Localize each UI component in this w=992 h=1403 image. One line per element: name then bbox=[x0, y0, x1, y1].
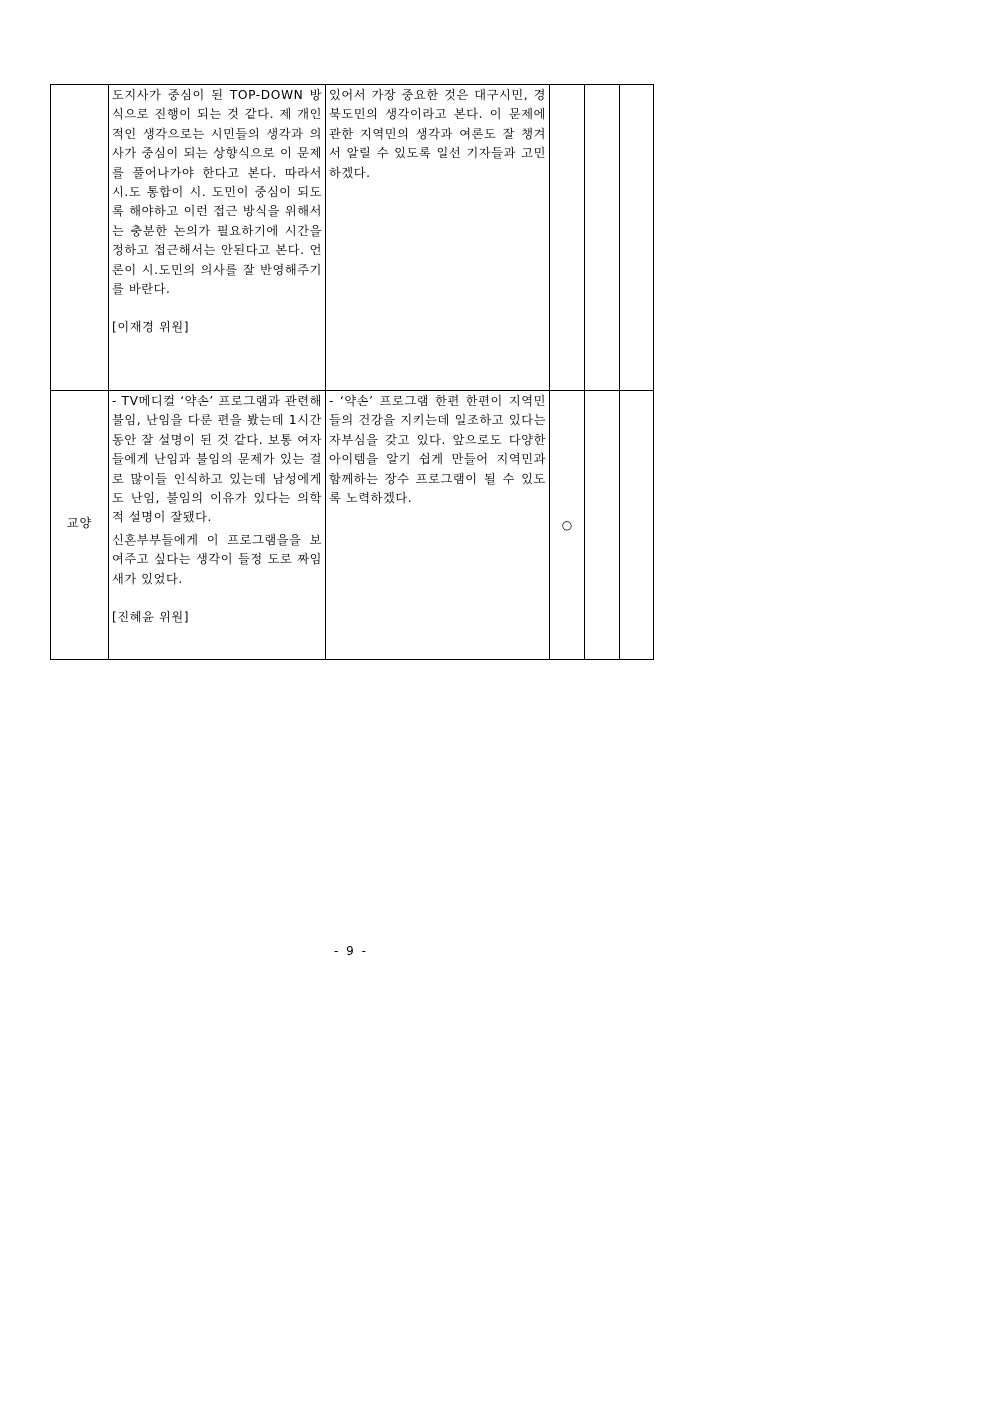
mark-cell-2 bbox=[585, 391, 620, 660]
response-text: - ‘약손’ 프로그램 한편 한편이 지역민들의 건강을 지키는데 일조하고 있… bbox=[329, 392, 546, 508]
member-name: [진혜윤 위원] bbox=[112, 608, 322, 627]
response-cell: 있어서 가장 중요한 것은 대구시민, 경북도민의 생각이라고 본다. 이 문제… bbox=[326, 85, 550, 391]
category-label: 교양 bbox=[51, 514, 108, 531]
category-cell: 교양 bbox=[51, 391, 109, 660]
response-cell: - ‘약손’ 프로그램 한편 한편이 지역민들의 건강을 지키는데 일조하고 있… bbox=[326, 391, 550, 660]
response-text: 있어서 가장 중요한 것은 대구시민, 경북도민의 생각이라고 본다. 이 문제… bbox=[329, 86, 546, 183]
mark-cell-3 bbox=[620, 85, 654, 391]
table-row: 교양 - TV메디컬 ‘약손’ 프로그램과 관련해 불임, 난임을 다룬 편을 … bbox=[51, 391, 654, 660]
opinion-cell: - TV메디컬 ‘약손’ 프로그램과 관련해 불임, 난임을 다룬 편을 봤는데… bbox=[109, 391, 326, 660]
member-name: [이재경 위원] bbox=[112, 318, 322, 337]
mark-cell-1 bbox=[550, 85, 585, 391]
opinion-text: 도지사가 중심이 된 TOP-DOWN 방식으로 진행이 되는 것 같다. 제 … bbox=[112, 86, 322, 299]
table-row: 도지사가 중심이 된 TOP-DOWN 방식으로 진행이 되는 것 같다. 제 … bbox=[51, 85, 654, 391]
category-cell bbox=[51, 85, 109, 391]
opinion-cell: 도지사가 중심이 된 TOP-DOWN 방식으로 진행이 되는 것 같다. 제 … bbox=[109, 85, 326, 391]
opinion-text: - TV메디컬 ‘약손’ 프로그램과 관련해 불임, 난임을 다룬 편을 봤는데… bbox=[112, 392, 322, 528]
opinion-text: 신혼부부들에게 이 프로그램을을 보여주고 싶다는 생각이 들정 도로 짜임새가… bbox=[112, 531, 322, 589]
page-number: - 9 - bbox=[0, 944, 702, 958]
mark-cell-2 bbox=[585, 85, 620, 391]
circle-mark-icon: ○ bbox=[550, 518, 584, 532]
review-table: 도지사가 중심이 된 TOP-DOWN 방식으로 진행이 되는 것 같다. 제 … bbox=[50, 84, 654, 660]
mark-cell-1: ○ bbox=[550, 391, 585, 660]
mark-cell-3 bbox=[620, 391, 654, 660]
